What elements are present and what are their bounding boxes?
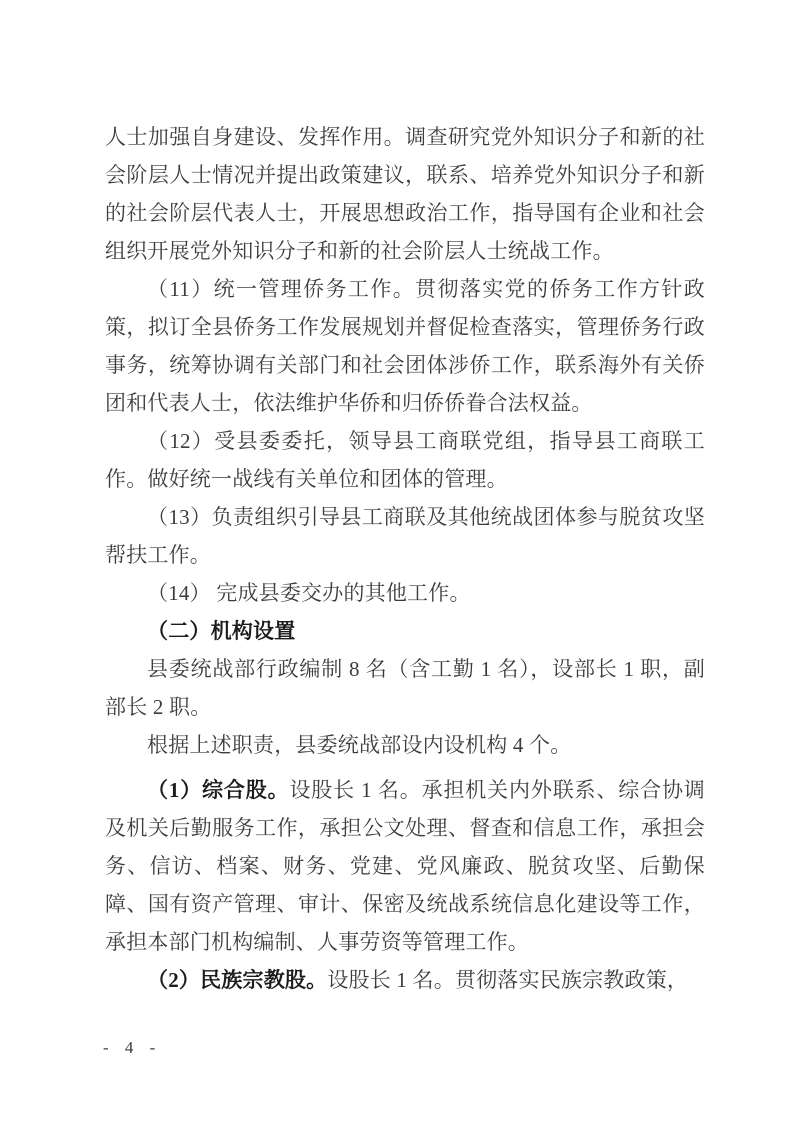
paragraph-internal-organs-count: 根据上述职责，县委统战部设内设机构 4 个。 (105, 726, 705, 764)
org-1-title: （1）综合股。 (147, 778, 289, 802)
org-1-description: 设股长 1 名。承担机关内外联系、综合协调及机关后勤服务工作，承担公文处理、督查… (105, 778, 705, 954)
paragraph-duty-14: （14） 完成县委交办的其他工作。 (105, 574, 705, 612)
paragraph-org-1-general-section: （1）综合股。设股长 1 名。承担机关内外联系、综合协调及机关后勤服务工作，承担… (105, 771, 705, 961)
page-number: - 4 - (103, 1036, 161, 1060)
org-2-title: （2）民族宗教股。 (147, 968, 327, 992)
paragraph-duty-12: （12）受县委委托，领导县工商联党组，指导县工商联工作。做好统一战线有关单位和团… (105, 422, 705, 498)
document-content: 人士加强自身建设、发挥作用。调查研究党外知识分子和新的社会阶层人士情况并提出政策… (105, 118, 705, 999)
paragraph-duty-13: （13）负责组织引导县工商联及其他统战团体参与脱贫攻坚帮扶工作。 (105, 498, 705, 574)
paragraph-duty-11: （11）统一管理侨务工作。贯彻落实党的侨务工作方针政策，拟订全县侨务工作发展规划… (105, 270, 705, 422)
org-2-description: 设股长 1 名。贯彻落实民族宗教政策， (327, 968, 688, 992)
paragraph-staffing: 县委统战部行政编制 8 名（含工勤 1 名），设部长 1 职，副部长 2 职。 (105, 650, 705, 726)
section-heading-organization: （二）机构设置 (105, 612, 705, 650)
paragraph-continuation: 人士加强自身建设、发挥作用。调查研究党外知识分子和新的社会阶层人士情况并提出政策… (105, 118, 705, 270)
paragraph-org-2-ethnic-religion-section: （2）民族宗教股。设股长 1 名。贯彻落实民族宗教政策， (105, 961, 705, 999)
document-page: 人士加强自身建设、发挥作用。调查研究党外知识分子和新的社会阶层人士情况并提出政策… (0, 0, 793, 1122)
